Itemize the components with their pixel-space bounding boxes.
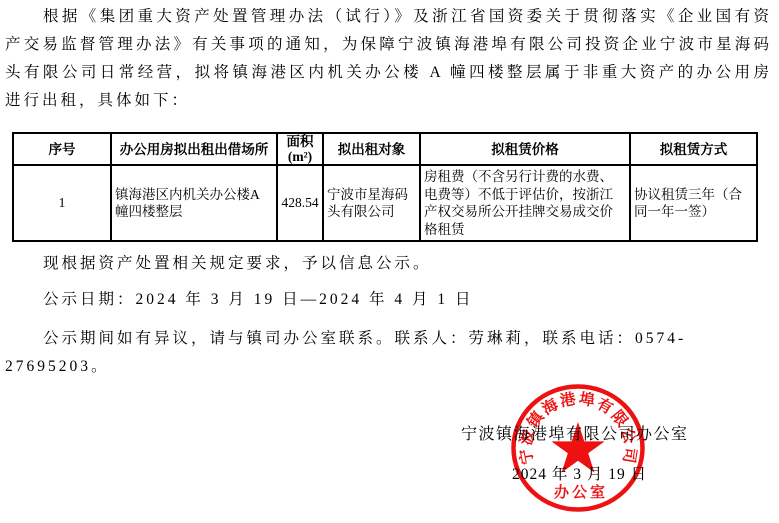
cell-location: 镇海港区内机关办公楼A幢四楼整层 <box>111 165 277 241</box>
table-row: 1 镇海港区内机关办公楼A幢四楼整层 428.54 宁波市星海码头有限公司 房租… <box>13 165 757 241</box>
official-seal: 宁波镇海港埠有限公司 办公室 <box>508 378 648 518</box>
col-header-method: 拟租赁方式 <box>630 133 757 165</box>
cell-tenant: 宁波市星海码头有限公司 <box>323 165 420 241</box>
col-header-area: 面积(m²) <box>277 133 323 165</box>
seal-office-text: 办公室 <box>554 483 608 501</box>
table-header-row: 序号 办公用房拟出租出借场所 面积(m²) 拟出租对象 拟租赁价格 拟租赁方式 <box>13 133 757 165</box>
publicity-note: 现根据资产处置相关规定要求，予以信息公示。 <box>5 250 772 278</box>
contact-info: 公示期间如有异议，请与镇司办公室联系。联系人：劳琳莉，联系电话：0574-276… <box>5 325 772 381</box>
col-header-location: 办公用房拟出租出借场所 <box>111 133 277 165</box>
cell-index: 1 <box>13 165 111 241</box>
col-header-index: 序号 <box>13 133 111 165</box>
seal-star-icon <box>551 422 604 473</box>
cell-area: 428.54 <box>277 165 323 241</box>
cell-price: 房租费（不含另行计费的水费、电费等）不低于评估价，按浙江产权交易所公开挂牌交易成… <box>420 165 630 241</box>
publicity-date-range: 公示日期：2024 年 3 月 19 日—2024 年 4 月 1 日 <box>5 286 772 314</box>
notice-page: 根据《集团重大资产处置管理办法（试行）》及浙江省国资委关于贯彻落实《企业国有资产… <box>0 0 779 523</box>
col-header-tenant: 拟出租对象 <box>323 133 420 165</box>
cell-method: 协议租赁三年（合同一年一签） <box>630 165 757 241</box>
col-header-price: 拟租赁价格 <box>420 133 630 165</box>
rental-notice-table: 序号 办公用房拟出租出借场所 面积(m²) 拟出租对象 拟租赁价格 拟租赁方式 … <box>12 132 758 242</box>
intro-paragraph: 根据《集团重大资产处置管理办法（试行）》及浙江省国资委关于贯彻落实《企业国有资产… <box>5 0 772 115</box>
